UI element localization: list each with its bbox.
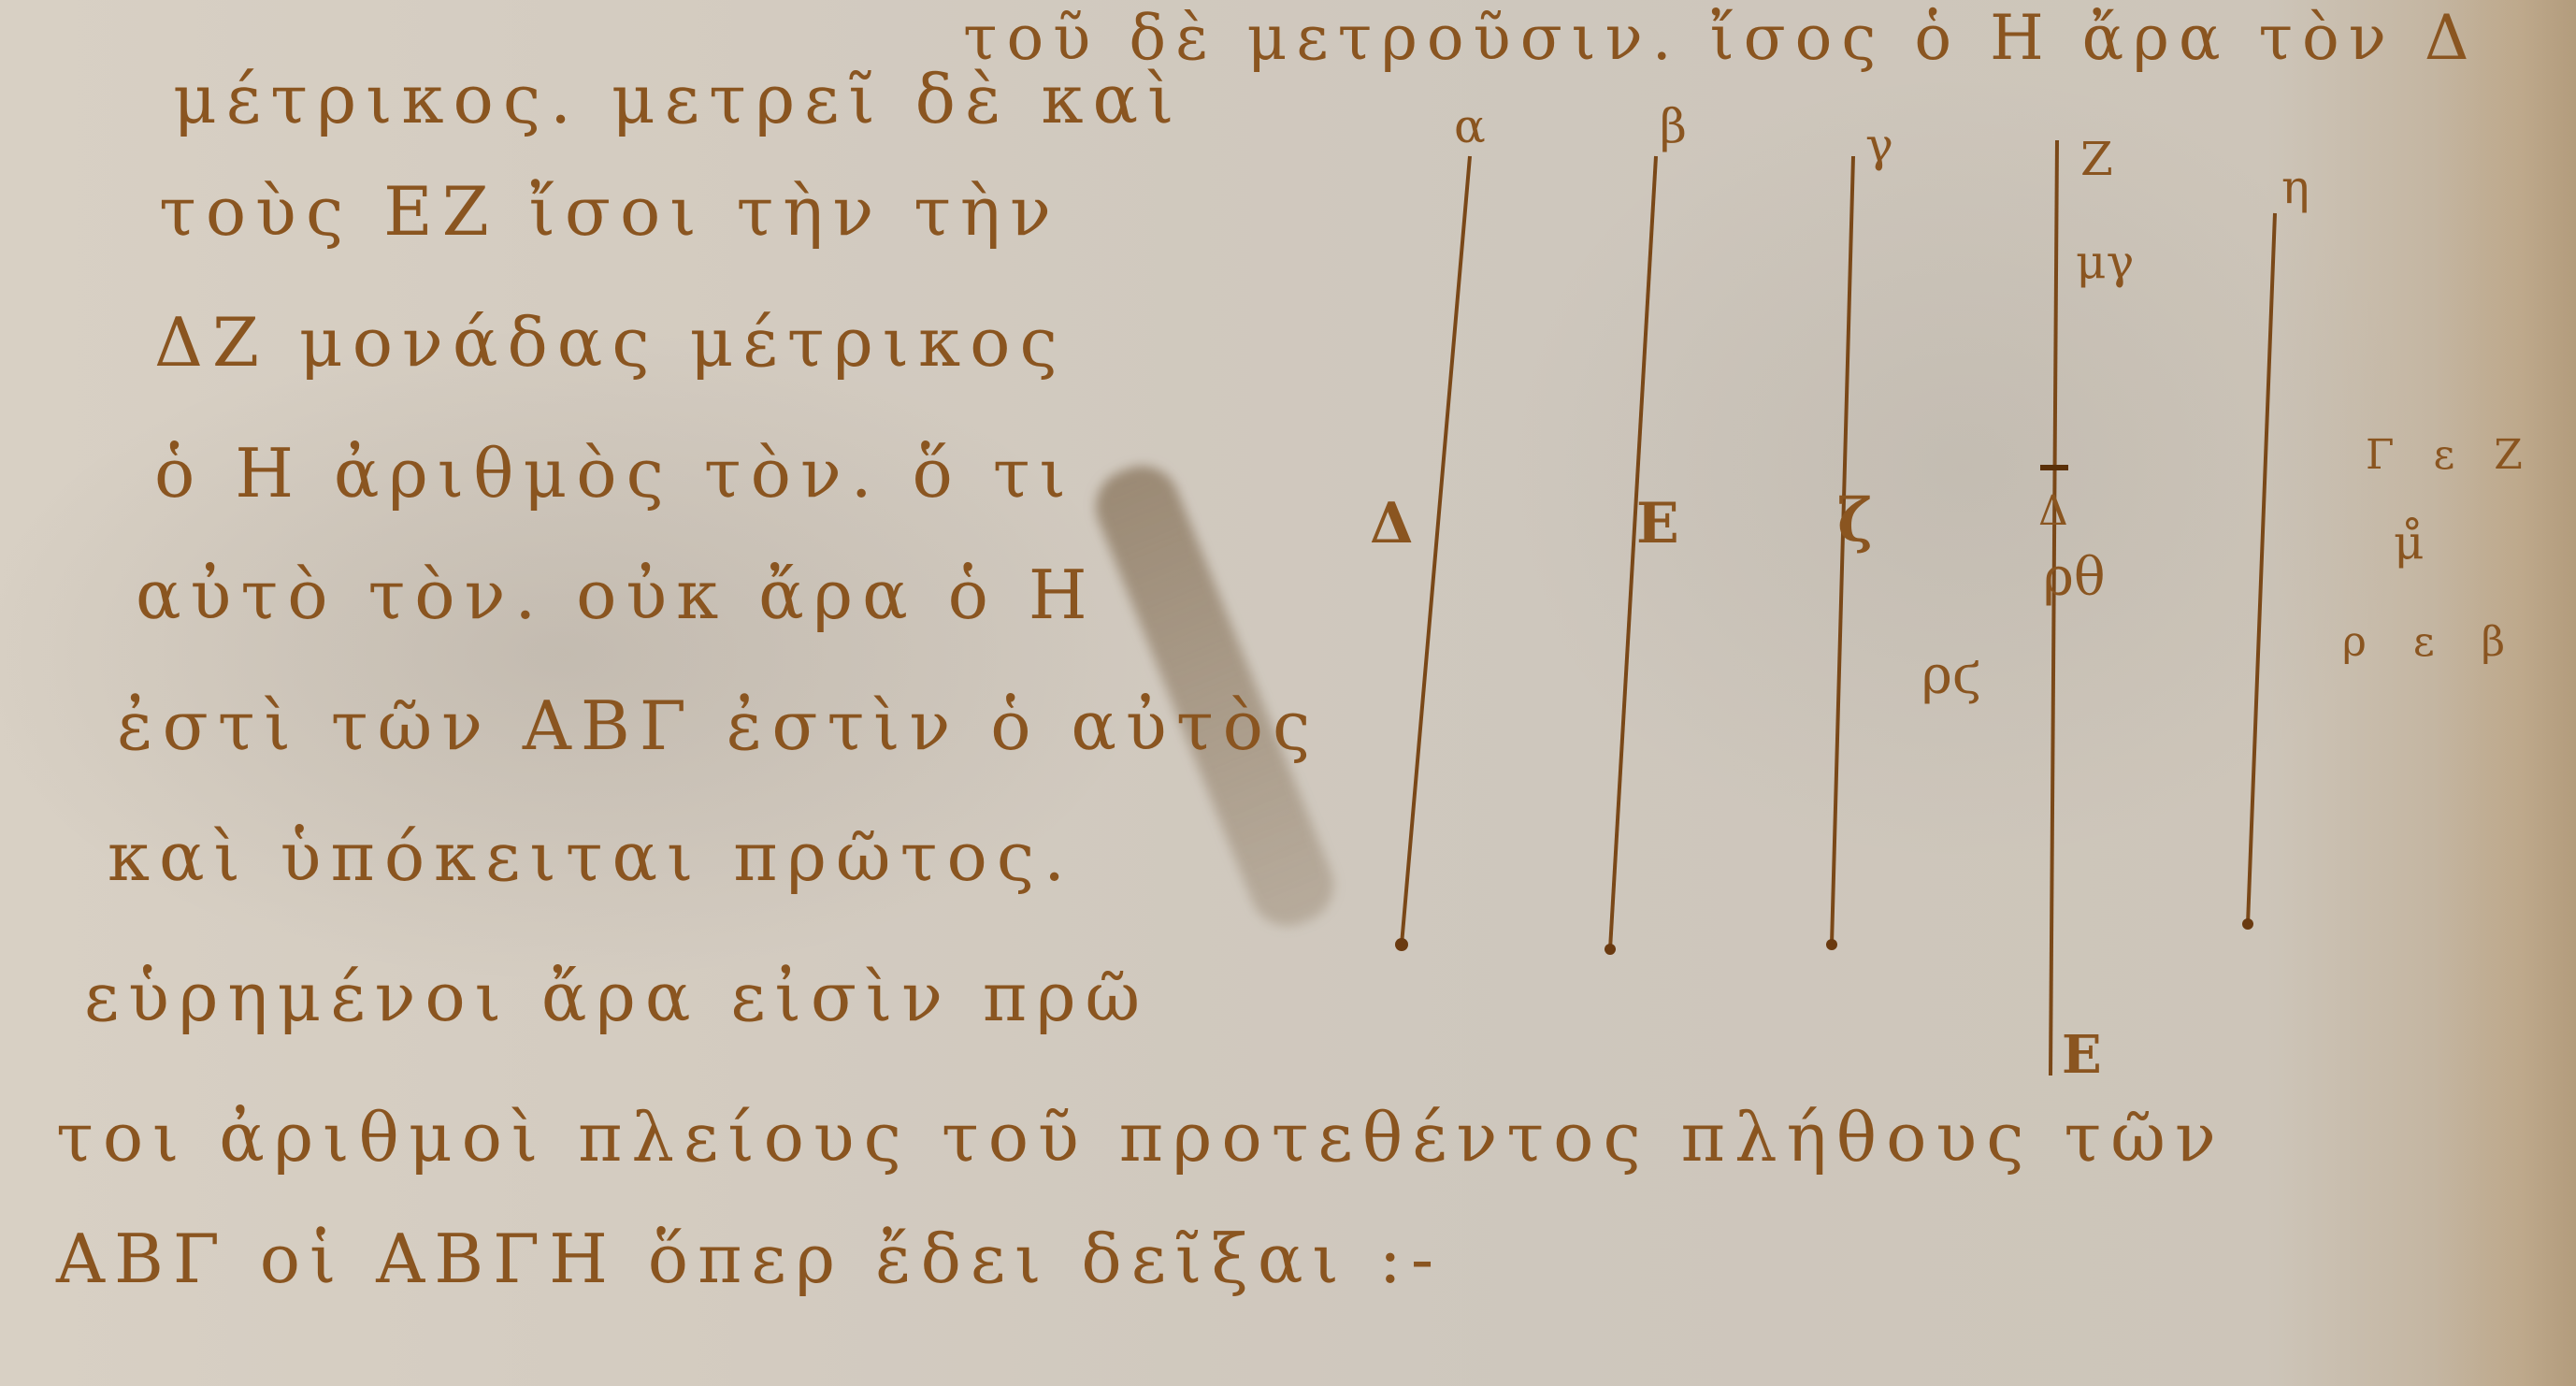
line-zeta	[2051, 140, 2057, 1076]
label-gamma-mid: ζ	[1837, 491, 1873, 551]
annotation-rho-theta: ρθ	[2043, 552, 2106, 604]
label-zeta-bottom: Ε	[2062, 1029, 2102, 1081]
annotation-mu-gamma: μγ	[2076, 238, 2134, 285]
label-eta-top: η	[2281, 164, 2310, 210]
annotation-rho-stigma: ρϛ	[1921, 650, 1981, 702]
line-diagram	[0, 0, 2576, 1386]
label-zeta-top: Ζ	[2080, 136, 2113, 182]
endpoint-dot	[1605, 944, 1616, 955]
endpoint-dot	[2242, 918, 2253, 930]
line-eta	[2248, 213, 2275, 924]
endpoint-dot	[1395, 938, 1408, 951]
label-gamma-top: γ	[1865, 122, 1893, 168]
label-beta-mid: Ε	[1636, 496, 1679, 552]
label-alpha-mid: Δ	[1370, 496, 1414, 552]
annotation-mu: μ̊	[2394, 519, 2425, 566]
label-zeta-mid: Δ	[2038, 491, 2068, 532]
endpoint-dot	[1826, 939, 1837, 950]
label-alpha-top: α	[1454, 103, 1486, 150]
label-beta-top: β	[1660, 103, 1687, 150]
annotation-gamma-epsilon-zeta: Γ ε Ζ	[2366, 435, 2536, 476]
annotation-rho-epsilon-beta: ρ ε β	[2342, 622, 2522, 663]
manuscript-page: τοῦ δὲ μετροῦσιν. ἴσος ὁ Η ἄρα τὸν Δ μέτ…	[0, 0, 2576, 1386]
